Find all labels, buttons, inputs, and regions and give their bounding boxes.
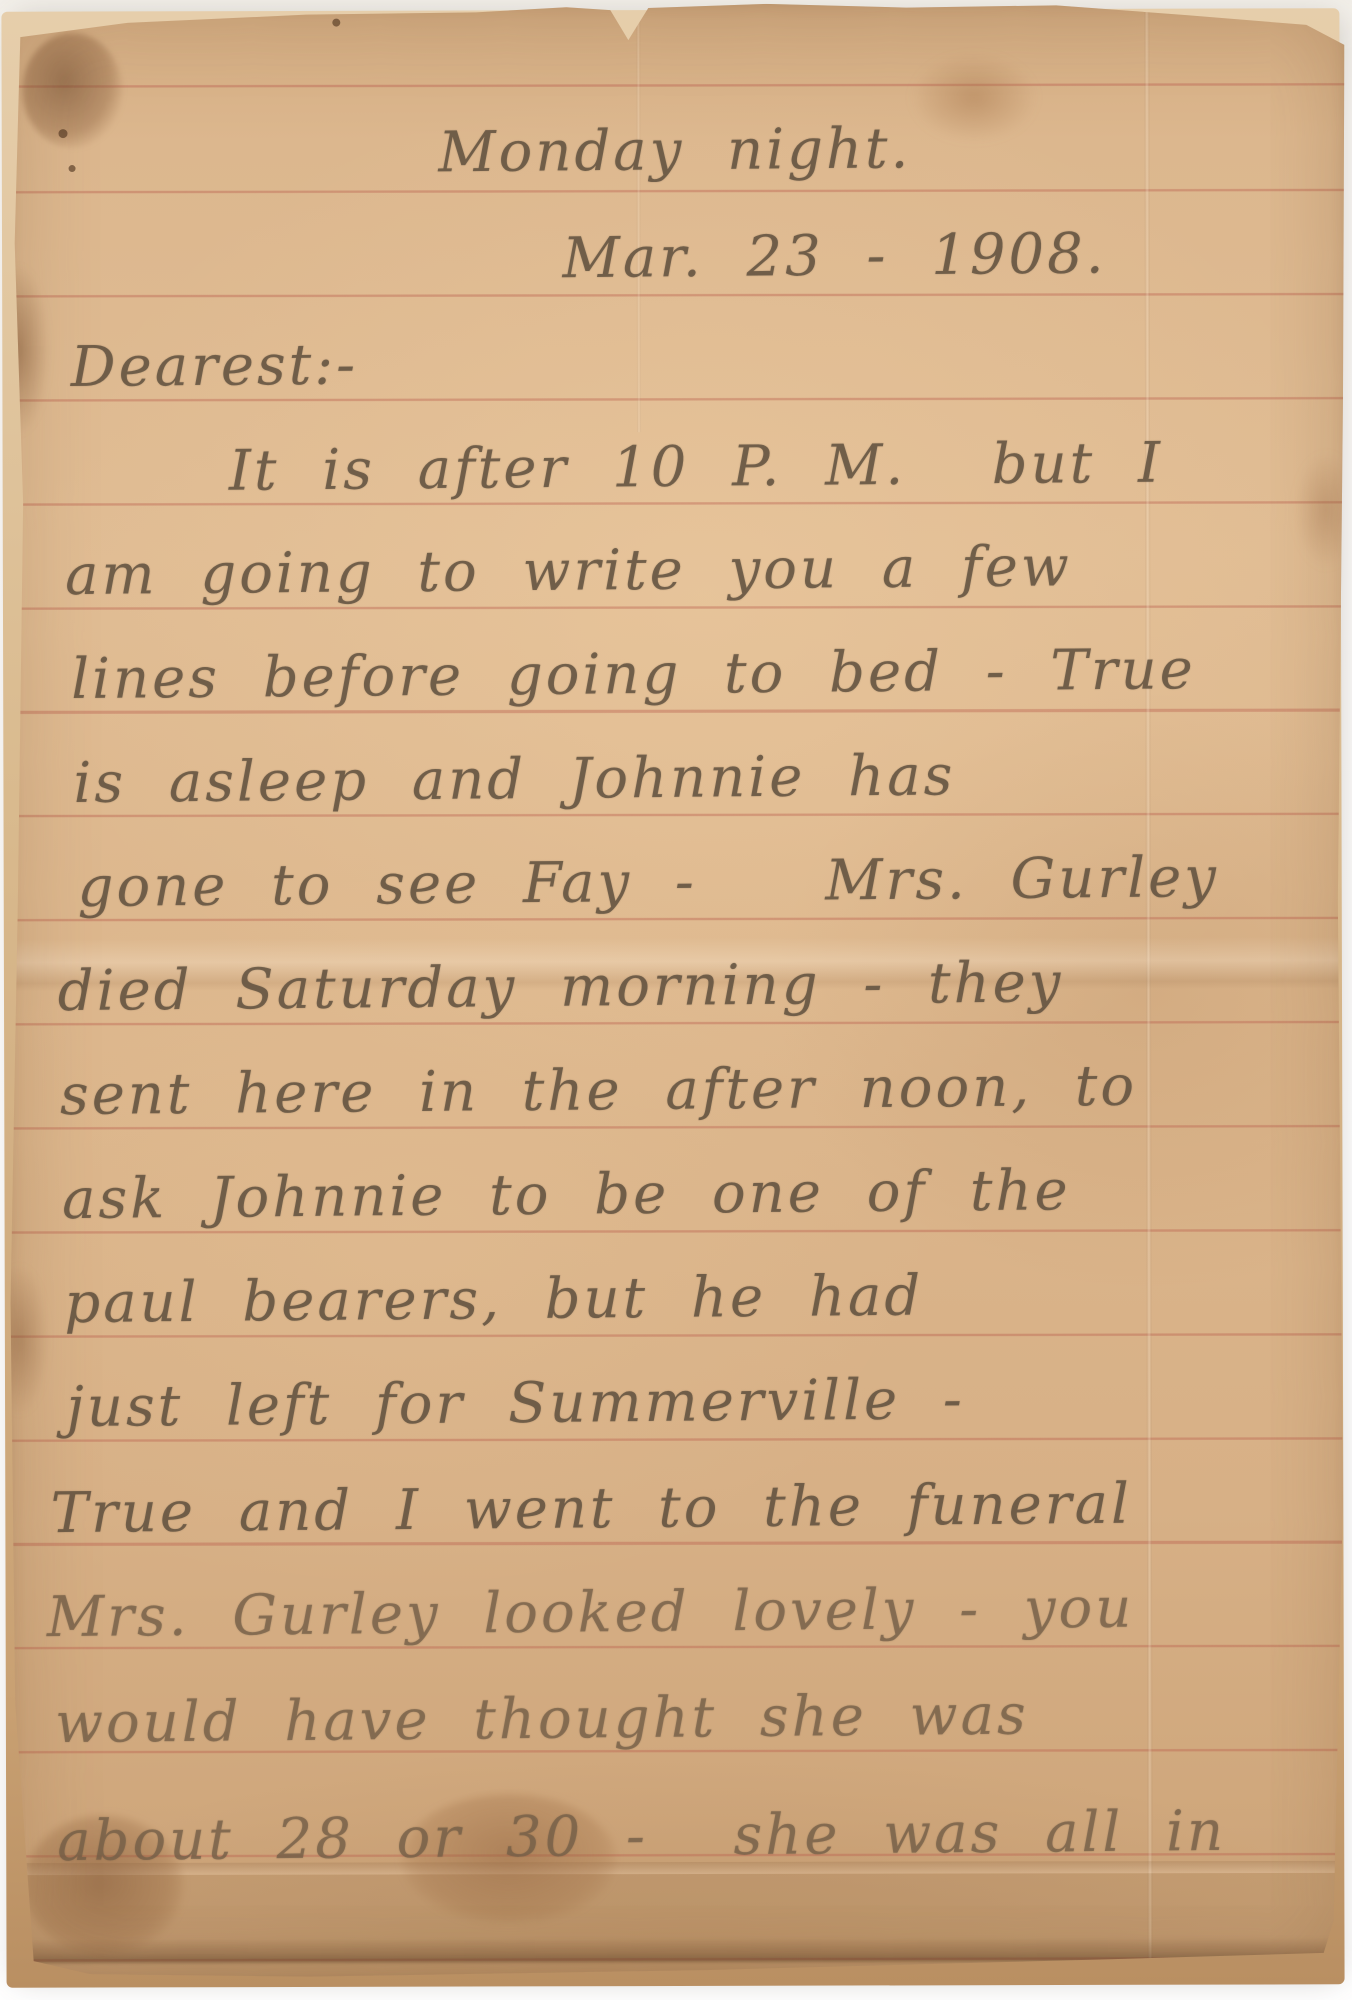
letter-paper: Monday night. Mar. 23 - 1908. Dearest:- … xyxy=(6,1,1349,1981)
letter-photograph: Monday night. Mar. 23 - 1908. Dearest:- … xyxy=(0,0,1352,2000)
edge-vignette xyxy=(6,1,1349,1981)
